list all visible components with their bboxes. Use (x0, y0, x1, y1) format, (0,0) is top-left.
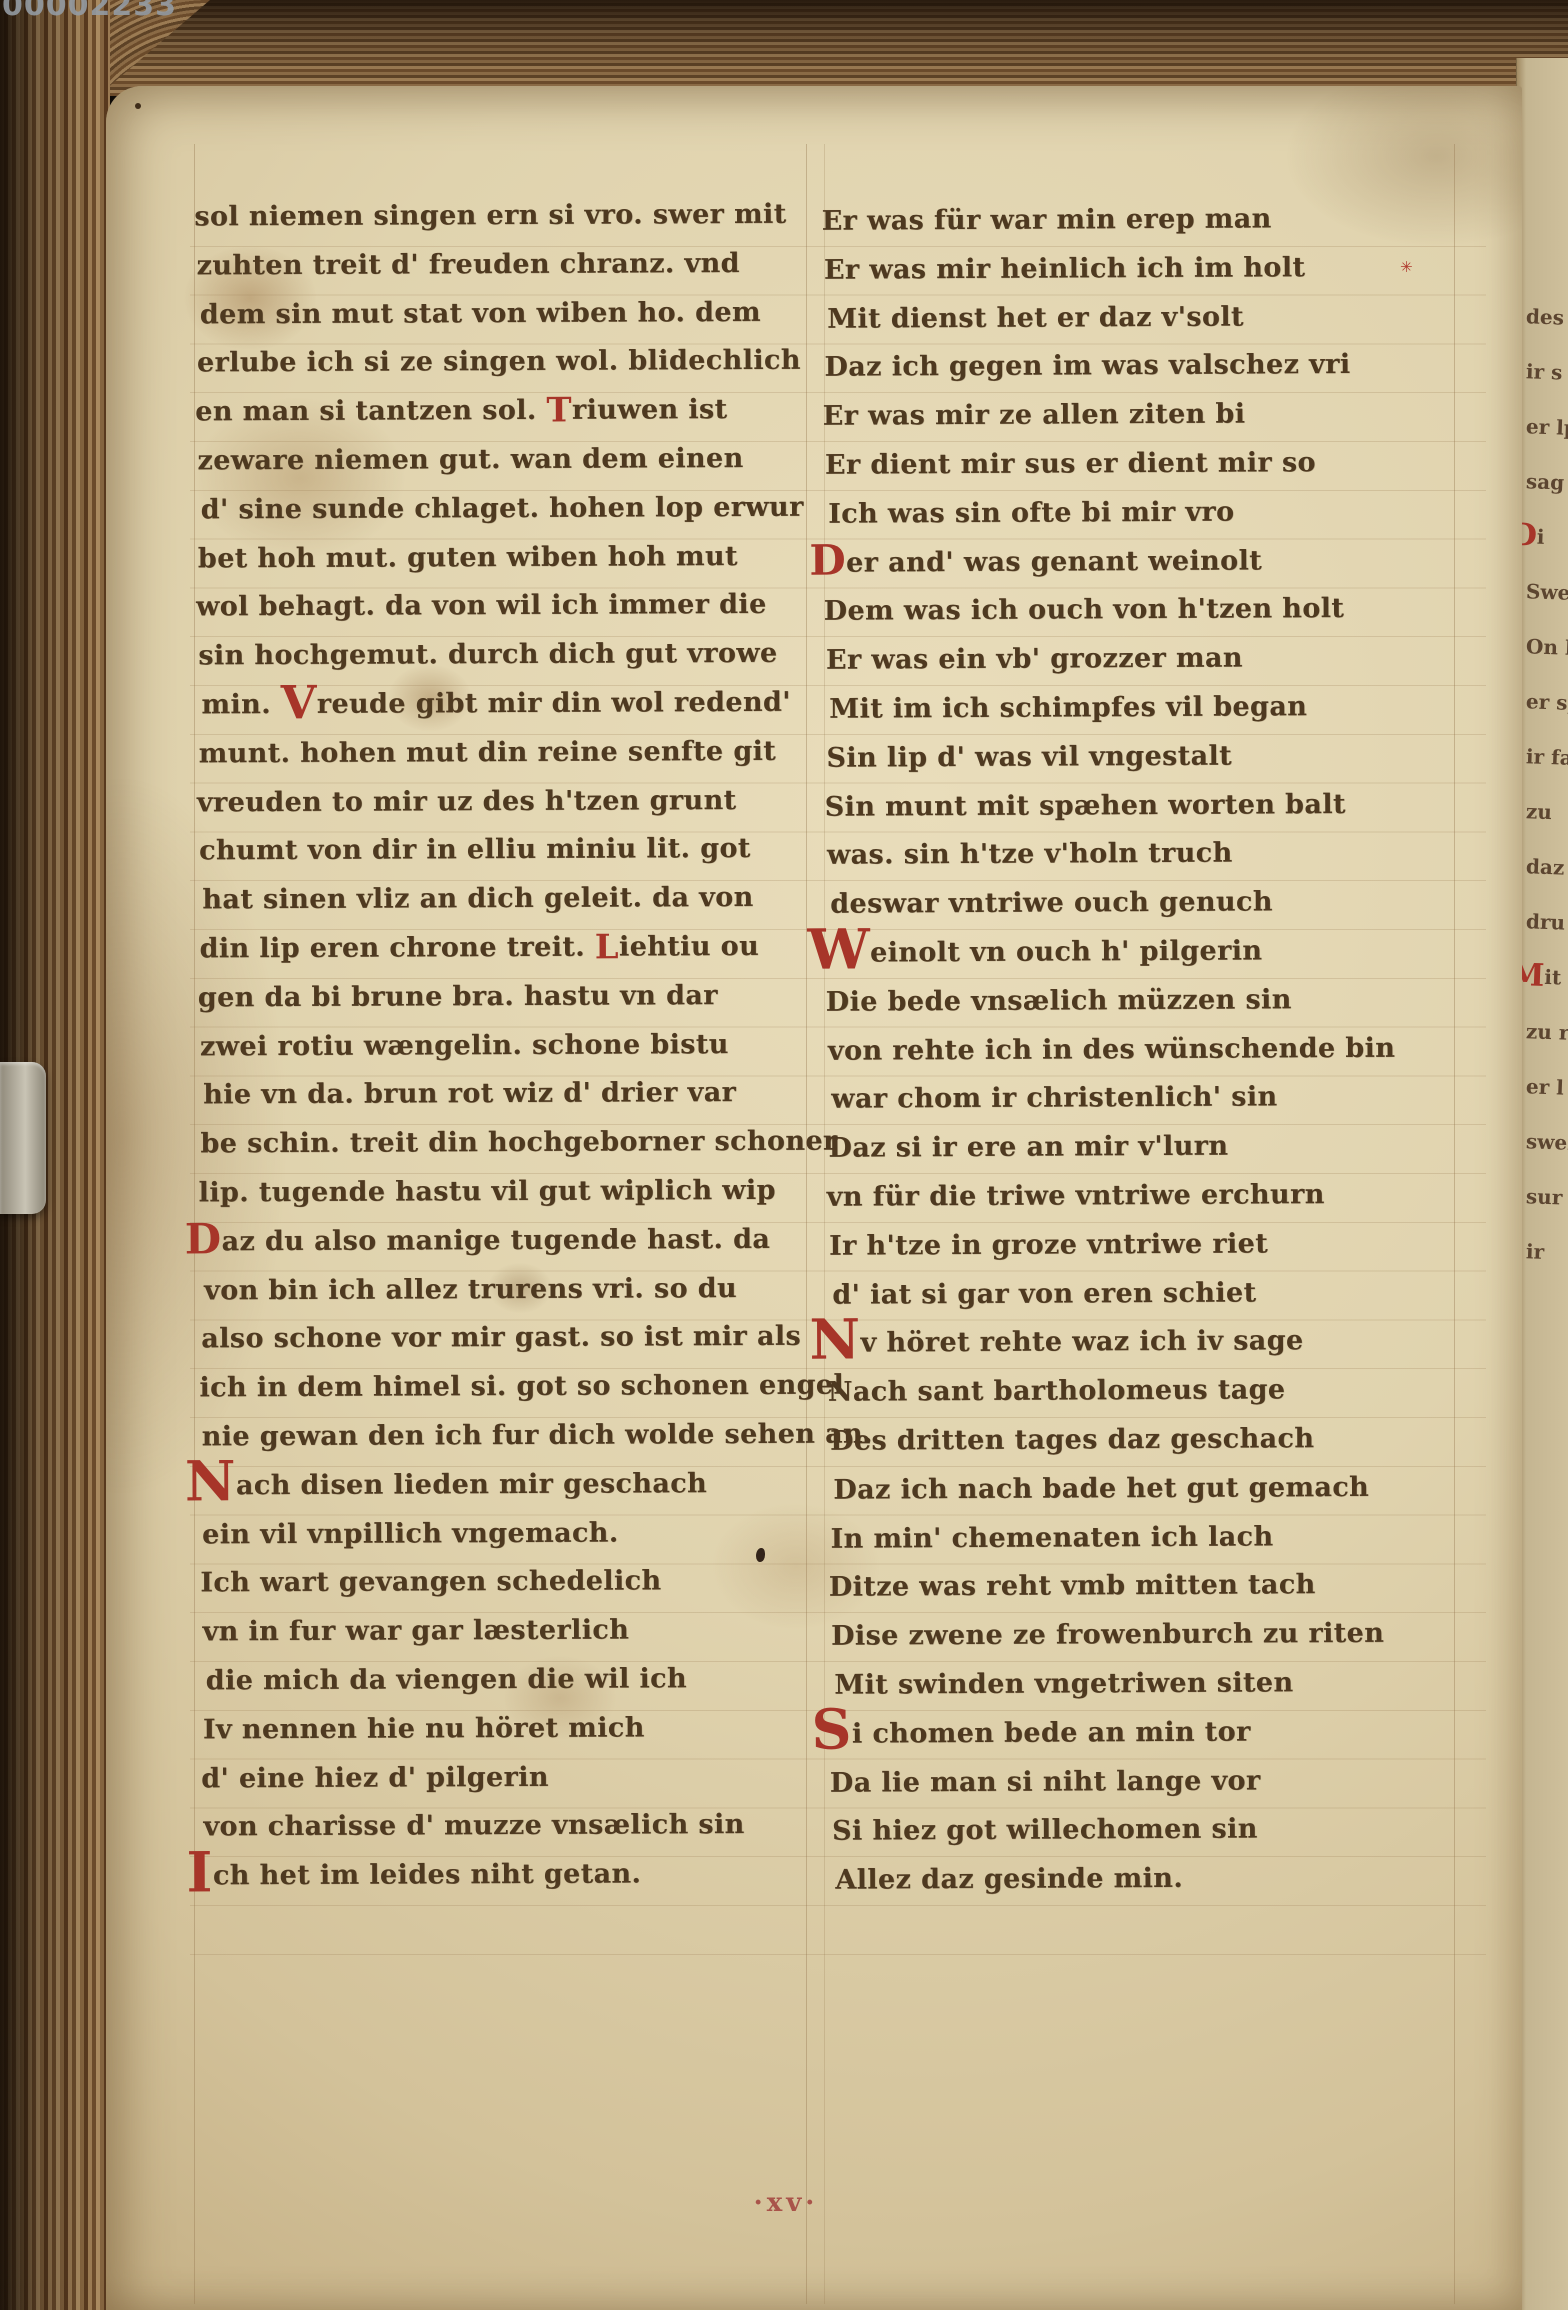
next-folio-text-fragment: swen (1525, 1114, 1568, 1170)
next-folio-text-fragment: sur (1525, 1169, 1568, 1225)
binding-tab (0, 1062, 46, 1214)
ink-speck (316, 211, 321, 216)
text-column-left: sol niemen singen ern si vro. swer mit z… (196, 191, 833, 1902)
manuscript-line: Mit im ich schimpfes vil began (829, 682, 1479, 734)
manuscript-line: Si chomen bede an min tor (831, 1707, 1481, 1759)
manuscript-line: vn für die triwe vntriwe erchurn (827, 1170, 1477, 1222)
manuscript-line: nie gewan den ich fur dich wolde sehen a… (202, 1411, 832, 1463)
manuscript-line: von rehte ich in des wünschende bin (828, 1024, 1478, 1076)
manuscript-line: hat sinen vliz an dich geleit. da von (202, 874, 832, 926)
manuscript-line: Des dritten tages daz geschach (830, 1414, 1480, 1466)
next-folio-text-fragment: On h (1525, 619, 1568, 675)
manuscript-line: erlube ich si ze singen wol. blidechlich (197, 337, 827, 389)
manuscript-line: Daz si ir ere an mir v'lurn (828, 1121, 1478, 1173)
manuscript-line: also schone vor mir gast. so ist mir als (201, 1313, 831, 1365)
text-column-right: Er was für war min erep man Er was mir h… (824, 194, 1483, 1905)
manuscript-line: d' sine sunde chlaget. hohen lop erwur (201, 483, 831, 535)
manuscript-line: Daz ich nach bade het gut gemach (833, 1463, 1483, 1515)
manuscript-line: zuhten treit d' freuden chranz. vnd (196, 239, 826, 291)
manuscript-page: sol niemen singen ern si vro. swer mit z… (106, 86, 1522, 2310)
manuscript-line: d' eine hiez d' pilgerin (201, 1752, 831, 1804)
manuscript-line: en man si tantzen sol. Triuwen ist (195, 386, 825, 438)
folio-number: ·xv· (106, 2188, 1522, 2218)
next-folio-text-fragment: daz (1525, 839, 1568, 895)
manuscript-line: ich in dem himel si. got so schonen enge… (199, 1362, 829, 1414)
manuscript-line: Ich wart gevangen schedelich (200, 1557, 830, 1609)
manuscript-photo: des ir s er lp sag Di Swe On h er sp ir … (0, 0, 1568, 2310)
manuscript-line: sin hochgemut. durch dich gut vrowe (198, 630, 828, 682)
manuscript-line: Er dient mir sus er dient mir so (825, 438, 1475, 490)
next-folio-sliver: des ir s er lp sag Di Swe On h er sp ir … (1516, 58, 1568, 2310)
manuscript-line: lip. tugende hastu vil gut wiplich wip (199, 1167, 829, 1219)
manuscript-line: Die bede vnsælich müzzen sin (826, 975, 1476, 1027)
manuscript-line: Iv nennen hie nu höret mich (203, 1703, 833, 1755)
manuscript-line: Si hiez got willechomen sin (832, 1805, 1482, 1857)
manuscript-line: Er was für war min erep man (822, 194, 1472, 246)
manuscript-line: min. Vreude gibt mir din wol redend' (201, 679, 831, 731)
manuscript-line: gen da bi brune bra. hastu vn dar (198, 971, 828, 1023)
manuscript-line: Nach sant bartholomeus tage (828, 1365, 1478, 1417)
manuscript-line: bet hoh mut. guten wiben hoh mut (198, 532, 828, 584)
manuscript-line: Der and' was genant weinolt (825, 536, 1475, 588)
manuscript-line: war chom ir christenlich' sin (831, 1073, 1481, 1125)
manuscript-line: von charisse d' muzze vnsælich sin (203, 1801, 833, 1853)
manuscript-line: zeware niemen gut. wan dem einen (197, 435, 827, 487)
manuscript-line: d' iat si gar von eren schiet (832, 1268, 1482, 1320)
manuscript-line: Ich het im leides niht getan. (207, 1850, 837, 1902)
manuscript-line: In min' chemenaten ich lach (830, 1512, 1480, 1564)
manuscript-line: Ich was sin ofte bi mir vro (828, 487, 1478, 539)
manuscript-line: was. sin h'tze v'holn truch (827, 829, 1477, 881)
manuscript-line: Daz du also manige tugende hast. da (201, 1215, 831, 1267)
next-folio-text-fragment: Swe (1525, 564, 1568, 620)
manuscript-line: Dem was ich ouch von h'tzen holt (824, 585, 1474, 637)
digitization-watermark: 00002233 (2, 0, 177, 23)
manuscript-line: Dise zwene ze frowenburch zu riten (831, 1609, 1481, 1661)
manuscript-line: deswar vntriwe ouch genuch (830, 877, 1480, 929)
manuscript-line: wol behagt. da von wil ich immer die (196, 581, 826, 633)
next-folio-text-fragment: zu (1525, 784, 1568, 840)
manuscript-line: Sin munt mit spæhen worten balt (825, 780, 1475, 832)
next-folio-text-fragment: Mit (1525, 949, 1568, 1005)
manuscript-line: chumt von dir in elliu miniu lit. got (199, 825, 829, 877)
next-folio-text-fragment: zu r (1525, 1004, 1568, 1060)
manuscript-line: Allez daz gesinde min. (835, 1853, 1485, 1905)
next-folio-text-fragment: Di (1525, 509, 1568, 565)
manuscript-line: Daz ich gegen im was valschez vri (824, 341, 1474, 393)
next-folio-text-fragment: ir fal (1525, 729, 1568, 785)
manuscript-line: din lip eren chrone treit. Liehtiu ou (199, 923, 829, 975)
next-folio-text-fragment: ir (1525, 1224, 1568, 1280)
ink-speck (135, 103, 141, 109)
manuscript-line: munt. hohen mut din reine senfte git (199, 727, 829, 779)
margin-rubric-mark: ✳ (1400, 258, 1413, 276)
manuscript-line: ein vil vnpillich vngemach. (202, 1508, 832, 1560)
next-folio-text-fragment: sag (1525, 454, 1568, 510)
manuscript-line: vreuden to mir uz des h'tzen grunt (197, 776, 827, 828)
manuscript-line: von bin ich allez trurens vri. so du (204, 1264, 834, 1316)
manuscript-line: be schin. treit din hochgeborner schoner (200, 1118, 830, 1170)
manuscript-line: Mit swinden vngetriwen siten (834, 1658, 1484, 1710)
manuscript-line: vn in fur war gar læsterlich (202, 1606, 832, 1658)
manuscript-line: sol niemen singen ern si vro. swer mit (194, 191, 824, 243)
manuscript-line: Er was mir heinlich ich im holt (824, 243, 1474, 295)
next-folio-text-fragment: er l (1525, 1059, 1568, 1115)
manuscript-line: dem sin mut stat von wiben ho. dem (200, 288, 830, 340)
manuscript-line: zwei rotiu wængelin. schone bistu (200, 1020, 830, 1072)
ink-speck (444, 1580, 448, 1584)
next-folio-text-fragment: ir s (1525, 344, 1568, 400)
manuscript-line: hie vn da. brun rot wiz d' drier var (203, 1069, 833, 1121)
manuscript-line: Ditze was reht vmb mitten tach (829, 1561, 1479, 1613)
manuscript-line: Nach disen lieden mir geschach (205, 1459, 835, 1511)
manuscript-line: die mich da viengen die wil ich (206, 1655, 836, 1707)
book-top-edge (0, 0, 1568, 96)
manuscript-line: Da lie man si niht lange vor (830, 1756, 1480, 1808)
manuscript-line: Er was ein vb' grozzer man (826, 633, 1476, 685)
manuscript-line: Nv höret rehte waz ich iv sage (829, 1317, 1479, 1369)
manuscript-line: Ir h'tze in groze vntriwe riet (829, 1219, 1479, 1271)
manuscript-line: Er was mir ze allen ziten bi (823, 390, 1473, 442)
next-folio-text-fragment: dru (1525, 894, 1568, 950)
manuscript-line: Sin lip d' was vil vngestalt (826, 731, 1476, 783)
next-folio-text-fragment: er sp (1525, 674, 1568, 730)
next-folio-text-fragment: des (1525, 289, 1568, 345)
manuscript-line: Mit dienst het er daz v'solt (827, 292, 1477, 344)
manuscript-line: Weinolt vn ouch h' pilgerin (827, 926, 1477, 978)
next-folio-text-fragment: er lp (1525, 399, 1568, 455)
